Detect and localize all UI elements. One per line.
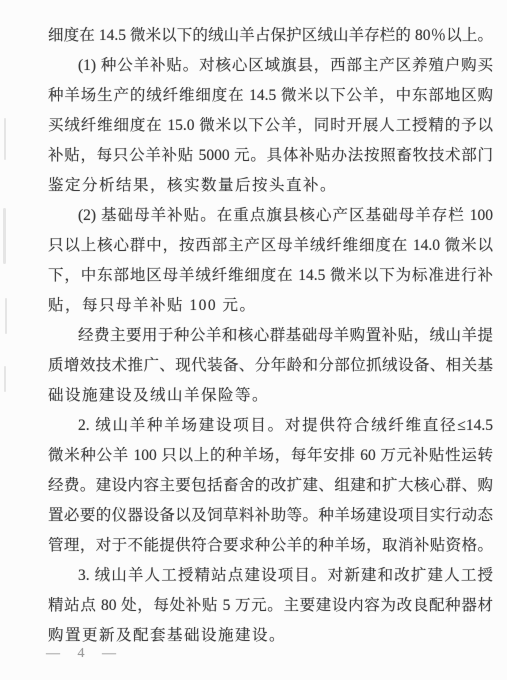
scan-smudge bbox=[3, 208, 6, 264]
text-line: (2) 基础母羊补贴。在重点旗县核心产区基础母羊存栏 100 bbox=[48, 201, 493, 231]
text-line: 置必要的仪器设备以及饲草料补助等。种羊场建设项目实行动态 bbox=[48, 501, 493, 531]
text-line: 细度在 14.5 微米以下的绒山羊占保护区绒山羊存栏的 80％以上。 bbox=[48, 21, 493, 51]
text-line: 买绒纤维细度在 15.0 微米以下公羊，同时开展人工授精的予以 bbox=[48, 111, 493, 141]
text-line: 下，中东部地区母羊绒纤维细度在 14.5 微米以下为标准进行补 bbox=[48, 261, 493, 291]
scan-smudge bbox=[4, 118, 6, 160]
text-line: 质增效技术推广、现代装备、分年龄和分部位抓绒设备、相关基 bbox=[48, 351, 493, 381]
text-line: 贴，每只母羊补贴 100 元。 bbox=[48, 291, 493, 321]
text-line: 鉴定分析结果，核实数量后按头直补。 bbox=[48, 171, 493, 201]
text-line: 补贴，每只公羊补贴 5000 元。具体补贴办法按照畜牧技术部门 bbox=[48, 141, 493, 171]
text-line: 经费。建设内容主要包括畜舍的改扩建、组建和扩大核心群、购 bbox=[48, 471, 493, 501]
document-page: 细度在 14.5 微米以下的绒山羊占保护区绒山羊存栏的 80％以上。(1) 种公… bbox=[0, 0, 507, 680]
text-line: 3. 绒山羊人工授精站点建设项目。对新建和改扩建人工授 bbox=[48, 561, 493, 591]
text-line: 2. 绒山羊种羊场建设项目。对提供符合绒纤维直径≤14.5 bbox=[48, 411, 493, 441]
text-line: 经费主要用于种公羊和核心群基础母羊购置补贴，绒山羊提 bbox=[48, 321, 493, 351]
text-line: 微米种公羊 100 只以上的种羊场，每年安排 60 万元补贴性运转 bbox=[48, 441, 493, 471]
text-line: 种羊场生产的绒纤维细度在 14.5 微米以下公羊，中东部地区购 bbox=[48, 81, 493, 111]
text-line: (1) 种公羊补贴。对核心区域旗县，西部主产区养殖户购买 bbox=[48, 51, 493, 81]
page-number: — 4 — bbox=[46, 644, 118, 664]
text-line: 础设施建设及绒山羊保险等。 bbox=[48, 381, 493, 411]
text-line: 精站点 80 处，每处补贴 5 万元。主要建设内容为改良配种器材 bbox=[48, 591, 493, 621]
scan-smudge bbox=[4, 366, 6, 392]
scan-smudge bbox=[5, 298, 7, 334]
text-line: 只以上核心群中，按西部主产区母羊绒纤维细度在 14.0 微米以 bbox=[48, 231, 493, 261]
text-line: 管理，对于不能提供符合要求种公羊的种羊场，取消补贴资格。 bbox=[48, 531, 493, 561]
document-body: 细度在 14.5 微米以下的绒山羊占保护区绒山羊存栏的 80％以上。(1) 种公… bbox=[48, 21, 493, 651]
